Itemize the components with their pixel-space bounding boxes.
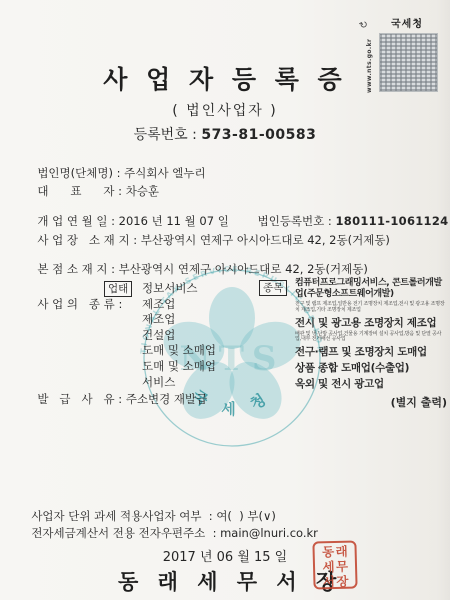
- etax-email-value: main@lnuri.co.kr: [220, 526, 318, 540]
- etax-email-row: 전자세금계산서 전용 전자우편주소 : main@lnuri.co.kr: [24, 511, 318, 541]
- issue-reason-row: 발 급 사 유 : 주소변경 재발급: [30, 377, 207, 407]
- official-seal-stamp: 동래세무서장: [312, 540, 357, 589]
- nts-agency-label: 국세청: [391, 15, 423, 30]
- jongmok-header-box: 종목: [259, 280, 287, 296]
- representative-label: 대 표 자 :: [37, 183, 122, 199]
- document-subtitle: ( 법인사업자 ): [0, 100, 450, 120]
- barcode-corner-arrow-icon: ↻: [358, 19, 371, 33]
- document-title: 사 업 자 등 록 증: [0, 60, 450, 96]
- jongmok-subitem-fineprint: 배관 및 냉·난방 공사업,건물용 기계장비 설치 공사업,방음 및 단열 공사…: [295, 332, 447, 344]
- hq-address-value: 부산광역시 연제구 아시아드대로 42, 2동(거제동): [119, 262, 368, 276]
- uptae-column: 업태 정보서비스 제조업 제조업 건설업 도매 및 소매업 도매 및 소매업 서…: [104, 281, 254, 390]
- jongmok-item: 옥외 및 전시 광고업: [295, 378, 447, 391]
- uptae-item: 제조업: [142, 297, 254, 313]
- registration-number-line: 등록번호 : 573-81-00583: [0, 124, 450, 144]
- uptae-header-box: 업태: [104, 281, 132, 297]
- etax-email-label: 전자세금계산서 전용 전자우편주소 :: [31, 525, 216, 541]
- jongmok-list: 컴퓨터프로그래밍서비스, 콘트롤러개발업(주문형소프트웨어개발) 전구 및 램프…: [295, 278, 447, 410]
- uptae-item: 도매 및 소매업: [142, 359, 254, 375]
- issue-date: 2017 년 06 월 15 일: [0, 546, 450, 565]
- issue-reason-label: 발 급 사 유 :: [37, 391, 122, 407]
- hq-address-row: 본 점 소 재 지 : 부산광역시 연제구 아시아드대로 42, 2동(거제동): [30, 247, 368, 277]
- uptae-item: 제조업: [142, 312, 254, 328]
- business-address-value: 부산광역시 연제구 아시아드대로 42, 2동(거제동): [141, 233, 390, 247]
- registration-number-label: 등록번호 :: [134, 127, 197, 143]
- representative-row: 대 표 자 : 차승훈: [30, 169, 159, 199]
- registration-number-value: 573-81-00583: [201, 127, 316, 143]
- representative-value: 차승훈: [126, 184, 159, 198]
- jongmok-item: 전시 및 광고용 조명장치 제조업: [295, 317, 447, 330]
- business-address-row: 사 업 장 소 재 지 : 부산광역시 연제구 아시아드대로 42, 2동(거제…: [30, 218, 390, 248]
- jongmok-item: 전구·램프 및 조명장치 도매업: [295, 346, 447, 359]
- issue-reason-value: 주소변경 재발급: [126, 392, 207, 406]
- hq-address-label: 본 점 소 재 지 :: [37, 261, 115, 277]
- jongmok-item: 상품 종합 도매업(수출업): [295, 362, 447, 375]
- jongmok-item: 컴퓨터프로그래밍서비스, 콘트롤러개발업(주문형소프트웨어개발): [295, 278, 447, 300]
- business-address-label: 사 업 장 소 재 지 :: [37, 232, 137, 248]
- jongmok-column: 종목 컴퓨터프로그래밍서비스, 콘트롤러개발업(주문형소프트웨어개발) 전구 및…: [259, 278, 447, 410]
- uptae-item: 건설업: [142, 328, 254, 344]
- jongmok-subitem-fineprint: 전구 및 램프 제조업,일반용 전기 조명장치 제조업,전시 및 광고용 조명장…: [295, 302, 447, 314]
- uptae-item: 도매 및 소매업: [142, 343, 254, 359]
- uptae-list: 정보서비스 제조업 제조업 건설업 도매 및 소매업 도매 및 소매업 서비스: [142, 281, 254, 390]
- uptae-item: 정보서비스: [142, 281, 254, 297]
- jongmok-note: (별지 출력): [295, 394, 447, 410]
- tax-office-name: 동 래 세 무 서 장: [118, 566, 342, 596]
